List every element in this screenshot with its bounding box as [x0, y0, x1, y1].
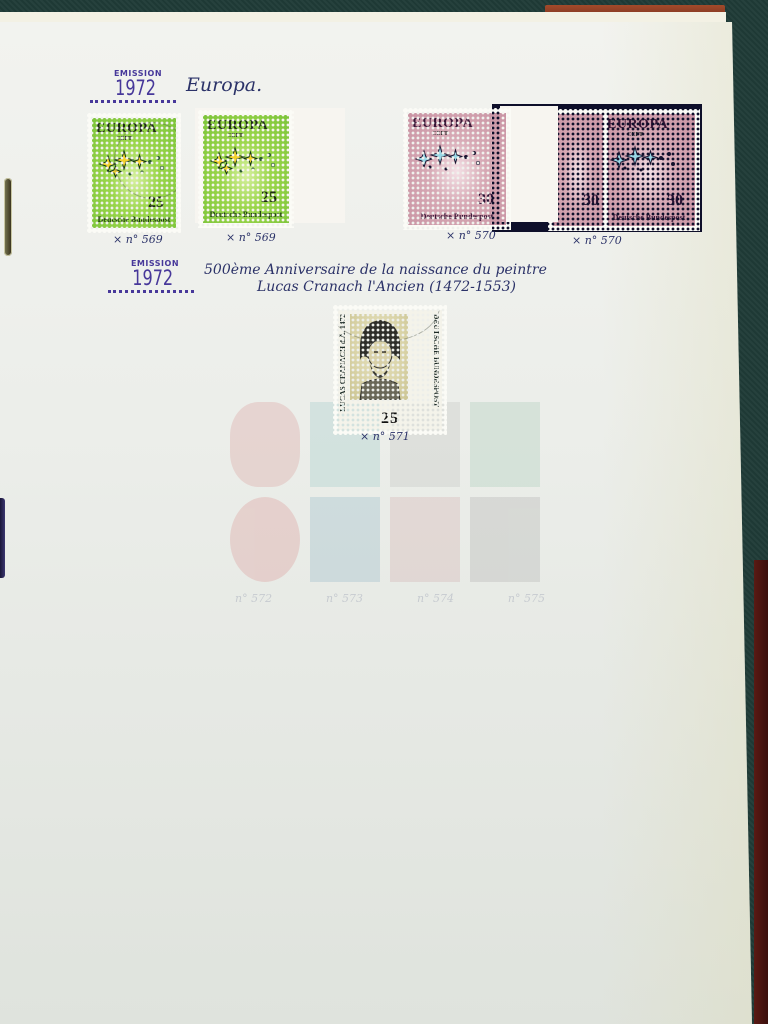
emission-stamp-1972-cranach: EMISSION 1972 [108, 259, 194, 293]
binder-hole [4, 178, 12, 256]
catalog-number: × n° 570 [446, 229, 496, 242]
postmark [114, 122, 176, 199]
stamp-europa-25-mint[interactable]: EUROPA CEPT 25 Deutsche Bundespost [198, 110, 294, 228]
stamp-lucas-cranach-25[interactable]: LUCAS CRANACH d.Ä. 1472 DEUTSCHE BUNDESP… [333, 305, 447, 435]
catalog-number: × n° 569 [113, 233, 163, 246]
stars-motif-icon [203, 141, 287, 181]
stamp-europa-30-mint[interactable]: EUROPA CEPT 30 Deutsche Bundespost [403, 108, 511, 230]
album-page: n° 572 n° 573 n° 574 n° 575 EMISSION 197… [0, 22, 752, 1024]
stamp-europa-25-used[interactable]: EUROPA CEPT 25 Deutsche Bundespost [87, 113, 181, 233]
catalog-number: × n° 571 [360, 430, 410, 443]
section-title-europa: Europa. [186, 74, 262, 96]
catalog-number: × n° 570 [572, 234, 622, 247]
stars-motif-icon [603, 140, 687, 180]
show-through-labels: n° 572 n° 573 n° 574 n° 575 [235, 592, 545, 605]
stars-motif-icon [408, 139, 492, 179]
emission-stamp-1972-europa: EMISSION 1972 [90, 69, 176, 103]
section-title-cranach-line2: Lucas Cranach l'Ancien (1472-1553) [257, 279, 516, 295]
catalog-number: × n° 569 [226, 231, 276, 244]
binder-clip [0, 498, 5, 578]
stamp-europa-30-pair-right[interactable]: EUROPA CEPT 30 Deutsche Bundespost [598, 109, 700, 231]
section-title-cranach-line1: 500ème Anniversaire de la naissance du p… [204, 262, 547, 278]
album-cover-edge [754, 560, 768, 1024]
